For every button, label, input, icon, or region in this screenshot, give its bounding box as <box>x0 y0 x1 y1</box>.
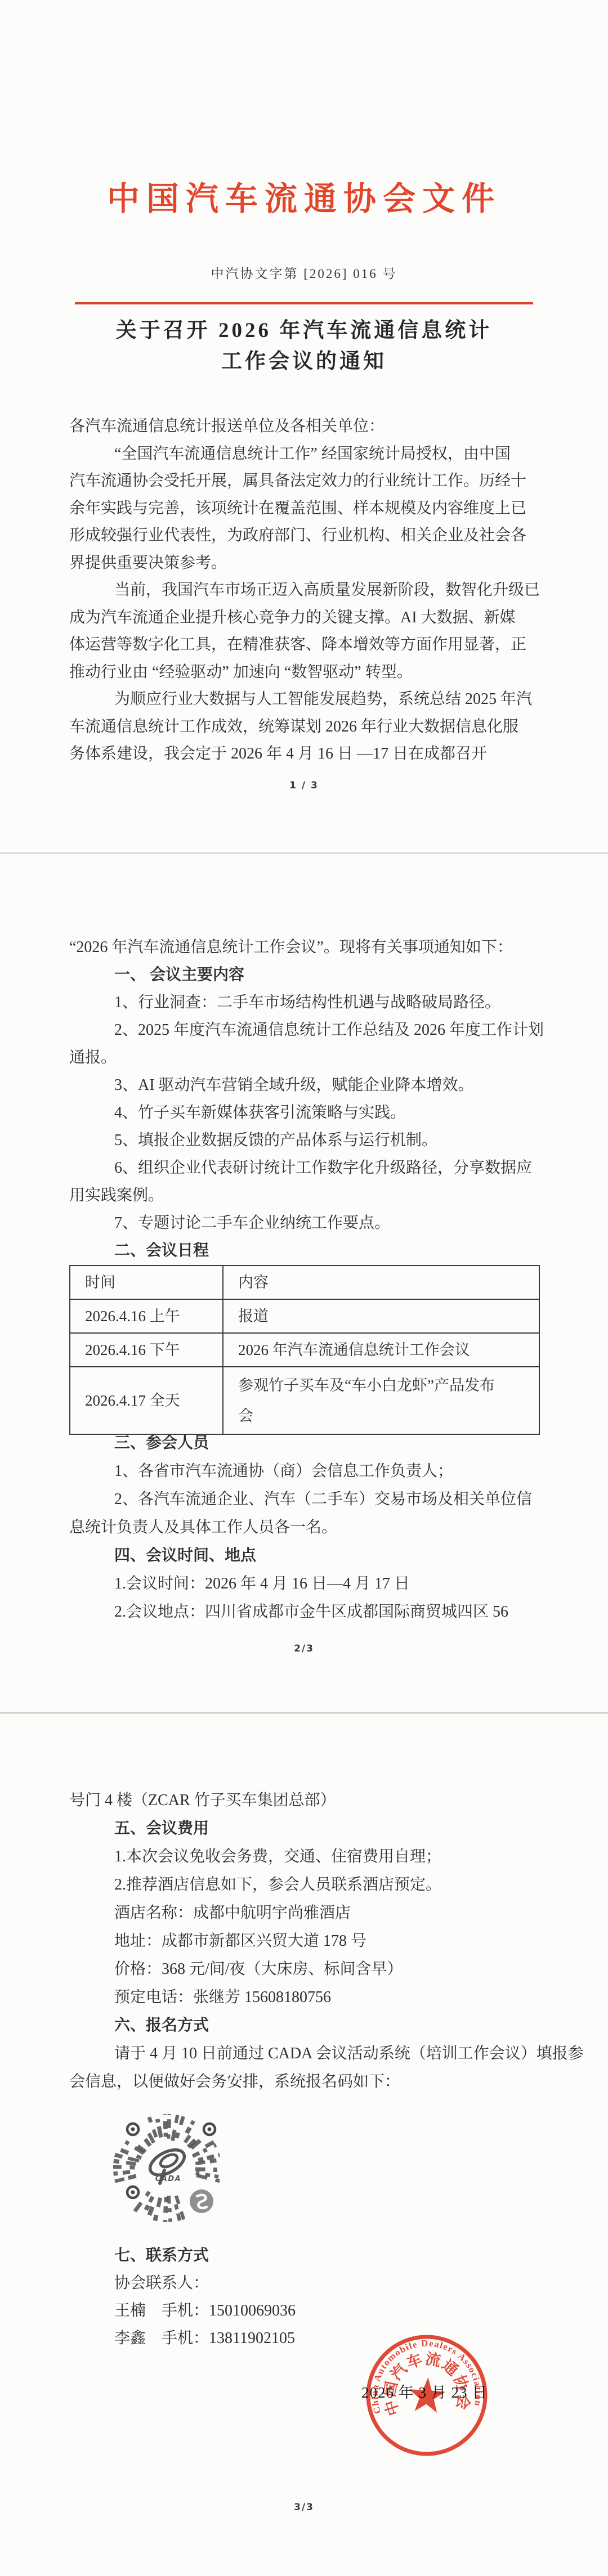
body-line: 通报。 <box>69 1044 544 1071</box>
body-line: 当前，我国汽车市场正迈入高质量发展新阶段，数智化升级已 <box>114 577 540 604</box>
body-line: 界提供重要决策参考。 <box>69 550 540 577</box>
body-line: 2、各汽车流通企业、汽车（二手车）交易市场及相关单位信 <box>114 1486 532 1514</box>
section-heading: 二、会议日程 <box>114 1237 544 1264</box>
section-heading: 七、联系方式 <box>114 2242 296 2269</box>
seal-star-icon <box>408 2376 446 2413</box>
document-header: 中国汽车流通协会文件 <box>0 172 608 219</box>
page1-body: 各汽车流通信息统计报送单位及各相关单位：“全国汽车流通信息统计工作” 经国家统计… <box>69 413 540 768</box>
body-line: 请于 4 月 10 日前通过 CADA 会议活动系统（培训工作会议）填报参 <box>114 2040 584 2068</box>
body-line: “全国汽车流通信息统计工作” 经国家统计局授权，由中国 <box>114 441 540 468</box>
notice-title-line2: 工作会议的通知 <box>0 346 608 377</box>
page2-body-bottom: 三、参会人员1、各省市汽车流通协（商）会信息工作负责人；2、各汽车流通企业、汽车… <box>69 1429 532 1626</box>
table-cell: 2026 年汽车流通信息统计工作会议 <box>223 1333 539 1367</box>
body-line: 2.会议地点：四川省成都市金牛区成都国际商贸城四区 56 <box>114 1598 532 1626</box>
red-rule-divider <box>75 302 533 304</box>
body-line: 为顺应行业大数据与人工智能发展趋势，系统总结 2025 年汽 <box>114 686 540 713</box>
table-cell: 2026.4.17 全天 <box>70 1367 223 1434</box>
table-cell: 2026.4.16 上午 <box>70 1299 223 1333</box>
page-seam-1 <box>0 852 608 854</box>
body-line: 1.会议时间：2026 年 4 月 16 日—4 月 17 日 <box>114 1570 532 1598</box>
section-heading: 四、会议时间、地点 <box>114 1542 532 1570</box>
table-cell: 2026.4.16 下午 <box>70 1333 223 1367</box>
body-line: 息统计负责人及具体工作人员各一名。 <box>69 1514 532 1542</box>
body-line: 用实践案例。 <box>69 1182 544 1209</box>
body-line: 1、行业洞查：二手车市场结构性机遇与战略破局路径。 <box>114 989 544 1016</box>
body-line: 1、各省市汽车流通协（商）会信息工作负责人； <box>114 1457 532 1486</box>
body-line: 车流通信息统计工作成效，统筹谋划 2026 年行业大数据信息化服 <box>69 713 540 741</box>
body-line: 体运营等数字化工具，在精准获客、降本增效等方面作用显著，正 <box>69 631 540 659</box>
body-line: 务体系建设，我会定于 2026 年 4 月 16 日 —17 日在成都召开 <box>69 741 540 768</box>
page2-body-top: “2026 年汽车流通信息统计工作会议”。现将有关事项通知如下：一、 会议主要内… <box>69 934 544 1264</box>
body-line: 汽车流通协会受托开展，属具备法定效力的行业统计工作。历经十 <box>69 468 540 495</box>
section-heading: 一、 会议主要内容 <box>114 961 544 989</box>
body-line: “2026 年汽车流通信息统计工作会议”。现将有关事项通知如下： <box>69 934 544 961</box>
official-seal: China Automobile Dealers Association 中国汽… <box>358 2327 495 2463</box>
page-marker-2: 2/3 <box>0 1643 608 1654</box>
body-line: 6、组织企业代表研讨统计工作数字化升级路径，分享数据应 <box>114 1154 544 1182</box>
body-line: 酒店名称：成都中航明宇尚雅酒店 <box>114 1899 584 1927</box>
page3-contact-block: 七、联系方式协会联系人：王楠 手机：15010069036李鑫 手机：13811… <box>69 2242 296 2352</box>
body-line: 成为汽车流通企业提升核心竞争力的关键支撑。AI 大数据、新媒 <box>69 604 540 632</box>
page-seam-2 <box>0 1712 608 1714</box>
body-line: 协会联系人： <box>114 2269 296 2297</box>
doc-number: 中汽协文字第 [2026] 016 号 <box>0 263 608 282</box>
section-heading: 五、会议费用 <box>114 1815 584 1843</box>
body-line: 7、专题讨论二手车企业纳统工作要点。 <box>114 1209 544 1237</box>
svg-text:CADA: CADA <box>155 2175 181 2183</box>
body-line: 李鑫 手机：13811902105 <box>114 2324 296 2352</box>
notice-title: 关于召开 2026 年汽车流通信息统计 工作会议的通知 <box>0 315 608 377</box>
table-header-cell: 时间 <box>70 1265 223 1299</box>
body-line: 会信息，以便做好会务安排，系统报名码如下： <box>69 2068 584 2096</box>
page3-body-top: 号门 4 楼（ZCAR 竹子买车集团总部）五、会议费用1.本次会议免收会务费，交… <box>69 1787 584 2096</box>
page-marker-3: 3/3 <box>0 2502 608 2513</box>
body-line: 3、AI 驱动汽车营销全域升级，赋能企业降本增效。 <box>114 1071 544 1099</box>
cada-logo: CADA <box>142 2142 193 2193</box>
table-cell: 报道 <box>223 1299 539 1333</box>
section-heading: 三、参会人员 <box>114 1429 532 1457</box>
body-line: 2.推荐酒店信息如下，参会人员联系酒店预定。 <box>114 1871 584 1899</box>
qr-code: CADA <box>110 2104 226 2233</box>
table-header-cell: 内容 <box>223 1265 539 1299</box>
body-line: 余年实践与完善，该项统计在覆盖范围、样本规模及内容维度上已 <box>69 495 540 523</box>
body-line: 4、竹子买车新媒体获客引流策略与实践。 <box>114 1099 544 1127</box>
body-line: 1.本次会议免收会务费，交通、住宿费用自理； <box>114 1843 584 1871</box>
notice-title-line1: 关于召开 2026 年汽车流通信息统计 <box>0 315 608 346</box>
body-line: 价格：368 元/间/夜（大床房、标间含早） <box>114 1955 584 1983</box>
body-line: 形成较强行业代表性，为政府部门、行业机构、相关企业及社会各 <box>69 522 540 550</box>
page-marker-1: 1 / 3 <box>0 780 608 791</box>
body-line: 5、填报企业数据反馈的产品体系与运行机制。 <box>114 1127 544 1154</box>
section-heading: 六、报名方式 <box>114 2012 584 2040</box>
schedule-table: 时间内容2026.4.16 上午报道2026.4.16 下午2026 年汽车流通… <box>69 1265 540 1435</box>
table-cell: 参观竹子买车及“车小白龙虾”产品发布 会 <box>223 1367 539 1434</box>
body-line: 王楠 手机：15010069036 <box>114 2297 296 2324</box>
body-line: 号门 4 楼（ZCAR 竹子买车集团总部） <box>69 1787 584 1815</box>
body-line: 推动行业由 “经验驱动” 加速向 “数智驱动” 转型。 <box>69 659 540 686</box>
body-line: 各汽车流通信息统计报送单位及各相关单位： <box>69 413 540 441</box>
body-line: 预定电话：张继芳 15608180756 <box>114 1983 584 2012</box>
body-line: 2、2025 年度汽车流通信息统计工作总结及 2026 年度工作计划 <box>114 1016 544 1044</box>
document-page: 中国汽车流通协会文件 中汽协文字第 [2026] 016 号 关于召开 2026… <box>0 0 608 2576</box>
mini-program-icon <box>190 2189 213 2213</box>
body-line: 地址：成都市新都区兴贸大道 178 号 <box>114 1927 584 1955</box>
